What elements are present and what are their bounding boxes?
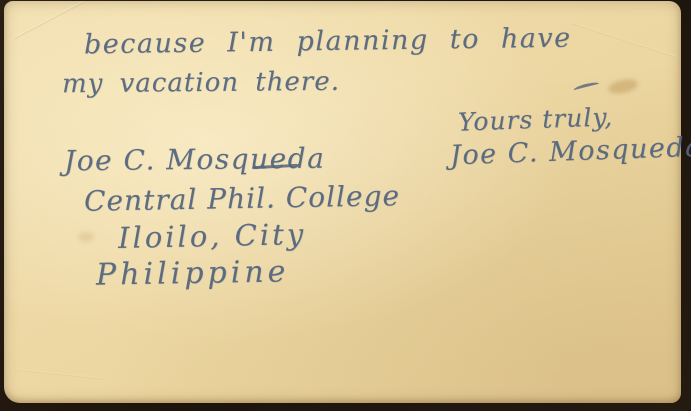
- paper-crease: [14, 368, 104, 379]
- address-name: Joe C. Mosqueda: [64, 142, 326, 178]
- address-country: Philippine: [96, 254, 290, 292]
- message-line-2: my vacation there.: [62, 67, 340, 99]
- address-city: Iloilo, City: [118, 217, 307, 255]
- postcard-scan: because I'm planning to have my vacation…: [0, 0, 691, 411]
- paper-crease: [571, 22, 676, 58]
- paper-stain: [78, 232, 94, 242]
- paper-crease: [14, 1, 84, 39]
- closing-salutation: Yours truly,: [458, 102, 614, 136]
- address-institution: Central Phil. College: [84, 179, 401, 218]
